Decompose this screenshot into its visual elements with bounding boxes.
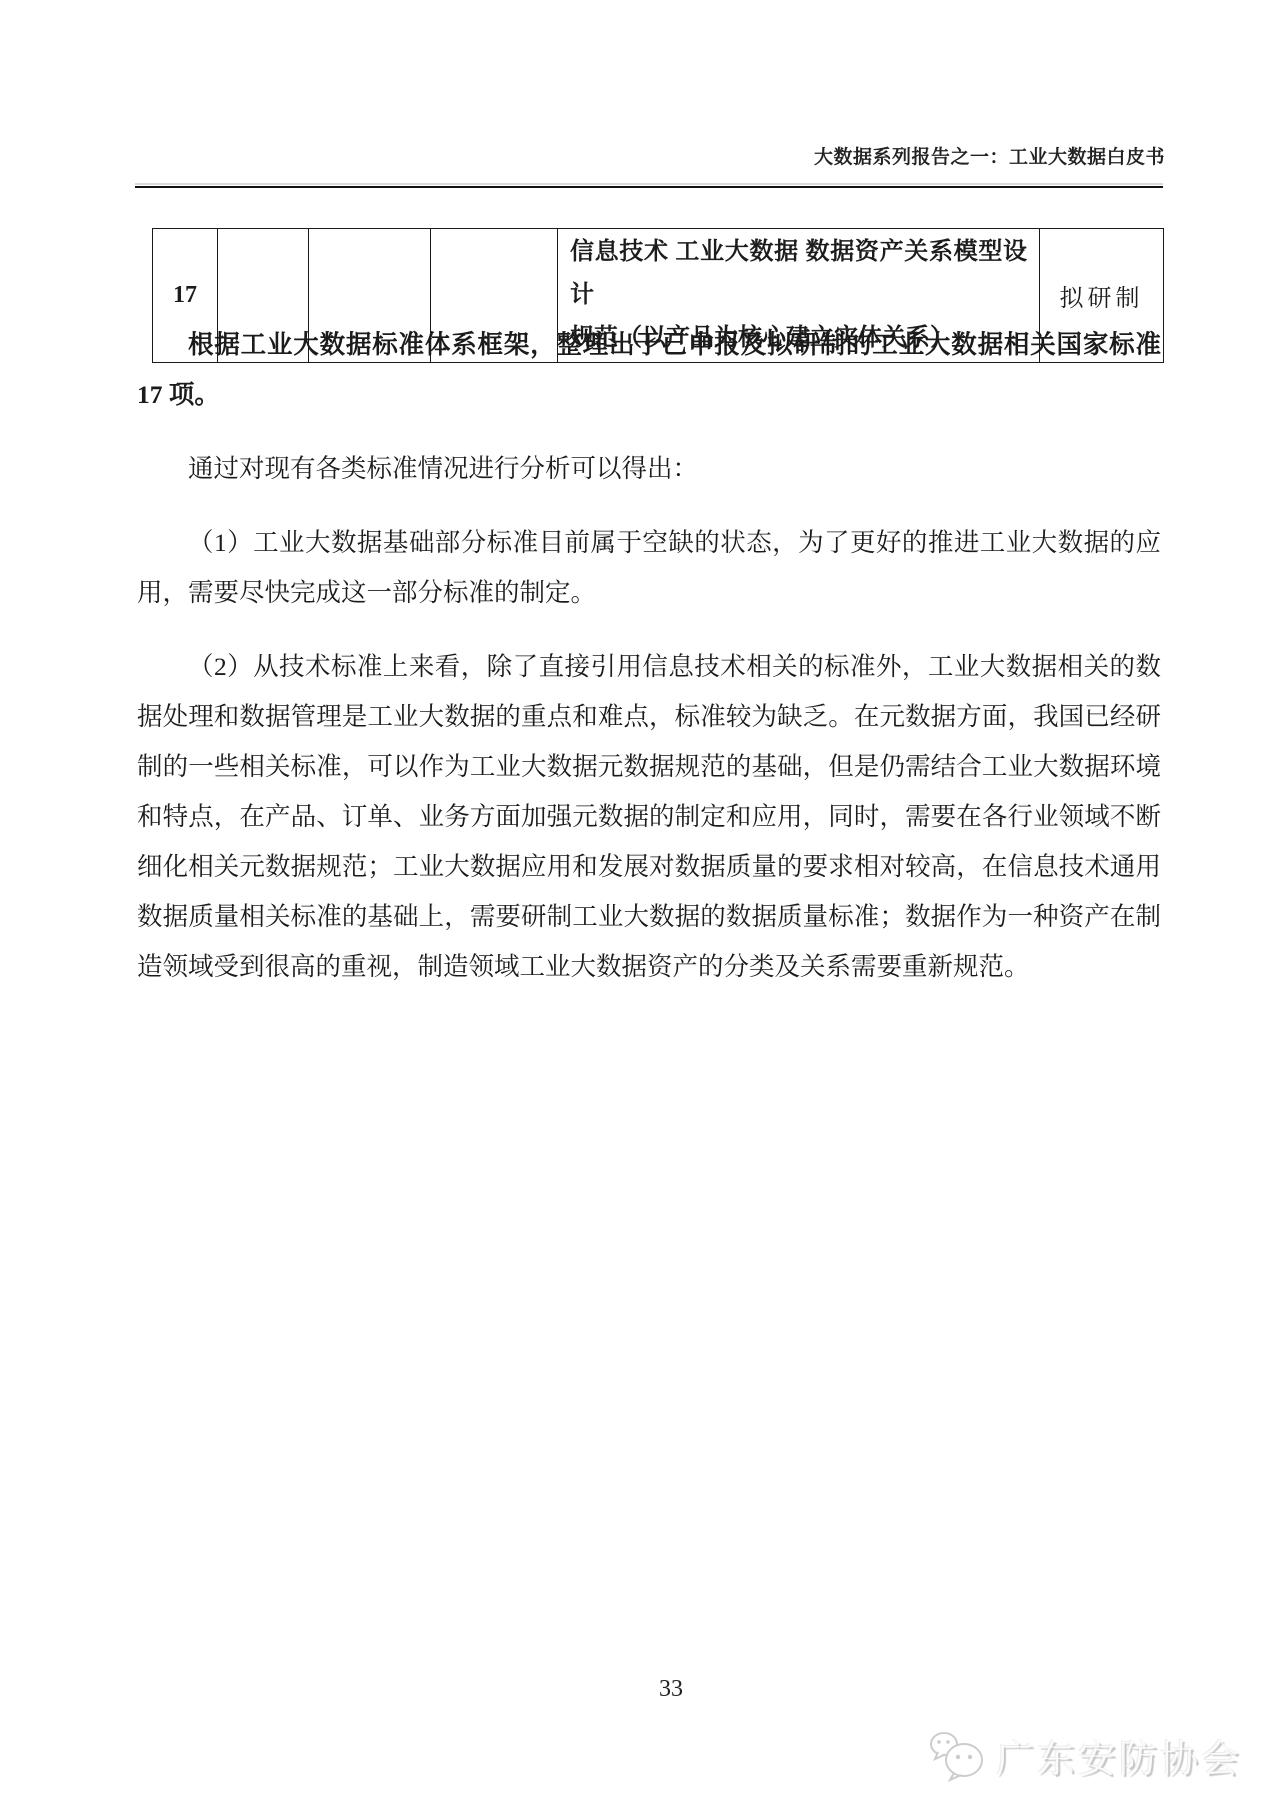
page-number: 33	[0, 1676, 1280, 1703]
paragraph-analysis-intro: 通过对现有各类标准情况进行分析可以得出：	[137, 444, 1161, 494]
wechat-icon	[928, 1730, 988, 1782]
watermark-text: 广东安防协会	[996, 1728, 1242, 1783]
paragraph-point-1: （1）工业大数据基础部分标准目前属于空缺的状态，为了更好的推进工业大数据的应用，…	[137, 518, 1161, 618]
paragraph-summary: 根据工业大数据标准体系框架，整理出于已申报及拟研制的工业大数据相关国家标准 17…	[137, 320, 1161, 420]
header-title: 大数据系列报告之一：工业大数据白皮书	[814, 142, 1165, 169]
standard-name-line-1: 信息技术 工业大数据 数据资产关系模型设计	[570, 231, 1027, 317]
watermark: 广东安防协会	[928, 1728, 1242, 1783]
paragraph-point-2: （2）从技术标准上来看，除了直接引用信息技术相关的标准外，工业大数据相关的数据处…	[137, 642, 1161, 992]
header-rule	[135, 186, 1163, 188]
body-text: 根据工业大数据标准体系框架，整理出于已申报及拟研制的工业大数据相关国家标准 17…	[137, 318, 1161, 992]
document-page: 大数据系列报告之一：工业大数据白皮书 17 信息技术 工业大数据 数据资产关系模…	[0, 0, 1280, 1810]
